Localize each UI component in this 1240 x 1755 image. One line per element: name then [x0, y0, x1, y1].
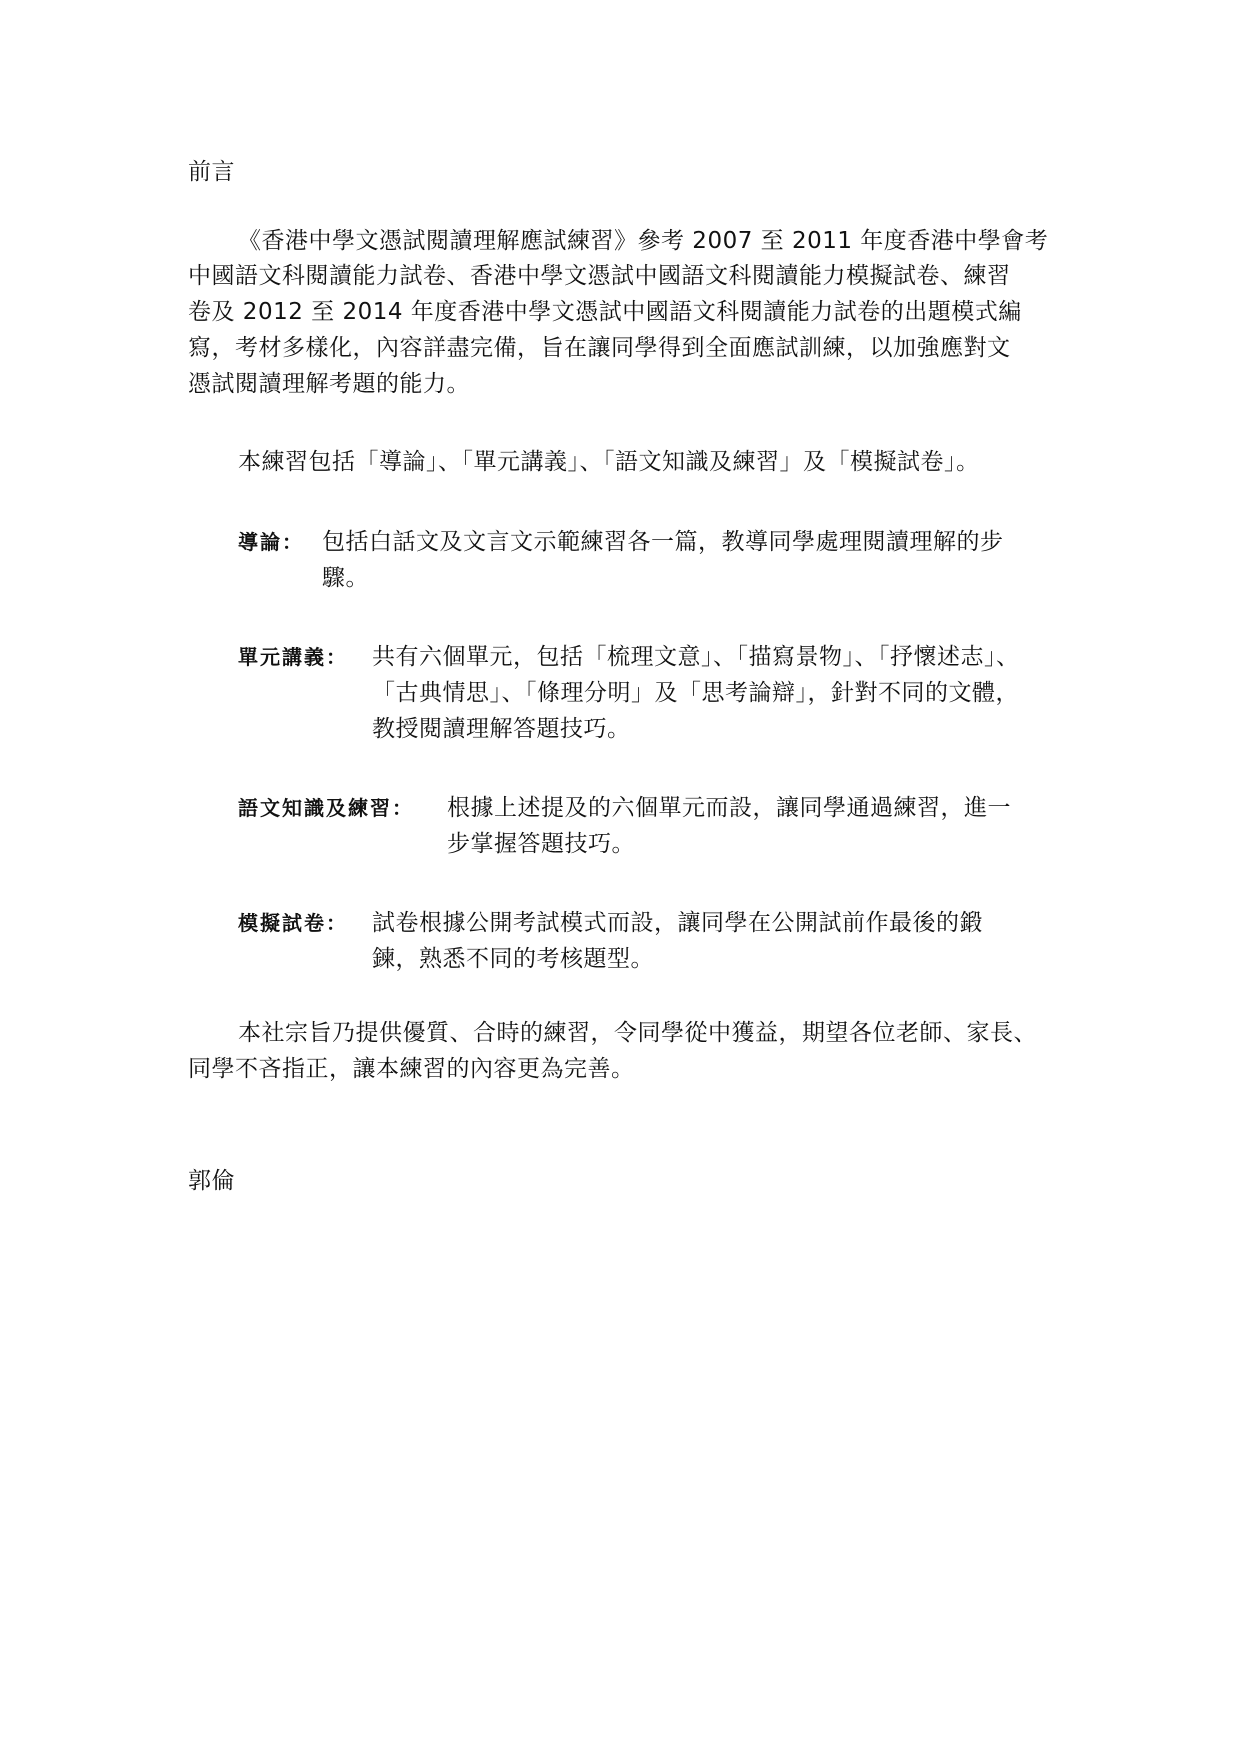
section-term: 語文知識及練習：: [238, 793, 414, 823]
intro-line: 寫，考材多樣化，內容詳盡完備，旨在讓同學得到全面應試訓練，以加強應對文: [188, 333, 1011, 363]
closing-line: 同學不吝指正，讓本練習的內容更為完善。: [188, 1054, 635, 1084]
section-line: 鍊，熟悉不同的考核題型。: [372, 944, 654, 974]
intro-line: 中國語文科閱讀能力試卷、香港中學文憑試中國語文科閱讀能力模擬試卷、練習: [188, 261, 1011, 291]
section-line: 共有六個單元，包括「梳理文意」、「描寫景物」、「抒懷述志」、: [372, 642, 1020, 672]
section-line: 試卷根據公開考試模式而設，讓同學在公開試前作最後的鍛: [372, 908, 983, 938]
closing-line: 本社宗旨乃提供優質、合時的練習，令同學從中獲益，期望各位老師、家長、: [238, 1018, 1037, 1048]
intro-line: 憑試閱讀理解考題的能力。: [188, 369, 470, 399]
section-line: 教授閱讀理解答題技巧。: [372, 714, 631, 744]
intro-line: 《香港中學文憑試閱讀理解應試練習》參考 2007 至 2011 年度香港中學會考: [238, 226, 1048, 256]
section-line: 步掌握答題技巧。: [447, 829, 635, 859]
contents-line: 本練習包括「導論」、「單元講義」、「語文知識及練習」及「模擬試卷」。: [238, 447, 980, 477]
section-term: 導論：: [238, 527, 304, 557]
page-title: 前言: [188, 157, 235, 187]
section-term: 單元講義：: [238, 642, 348, 672]
section-line: 根據上述提及的六個單元而設，讓同學通過練習，進一: [447, 793, 1011, 823]
signature: 郭倫: [188, 1166, 235, 1196]
section-line: 包括白話文及文言文示範練習各一篇，教導同學處理閱讀理解的步: [322, 527, 1004, 557]
section-term: 模擬試卷：: [238, 908, 348, 938]
document-page: 前言 《香港中學文憑試閱讀理解應試練習》參考 2007 至 2011 年度香港中…: [0, 0, 1240, 1755]
intro-line: 卷及 2012 至 2014 年度香港中學文憑試中國語文科閱讀能力試卷的出題模式…: [188, 297, 1022, 327]
section-line: 驟。: [322, 563, 369, 593]
section-line: 「古典情思」、「條理分明」及「思考論辯」，針對不同的文體，: [372, 678, 1019, 708]
